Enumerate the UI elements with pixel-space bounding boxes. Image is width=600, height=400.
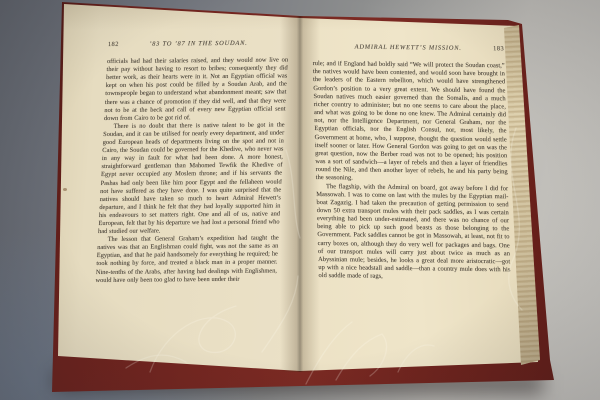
right-page-header: ADMIRAL HEWETT’S MISSION. 183	[312, 43, 504, 54]
paragraph: officials had had their salaries raised,…	[104, 57, 288, 123]
left-page-number: 182	[108, 41, 134, 49]
book-photo: 182 ’83 TO ’87 IN THE SOUDAN. officials …	[0, 0, 600, 400]
right-page-text: ADMIRAL HEWETT’S MISSION. 183 rule; and …	[312, 43, 511, 283]
left-page-body: officials had had their salaries raised,…	[95, 57, 288, 285]
left-page-header: 182 ’83 TO ’87 IN THE SOUDAN.	[108, 39, 290, 49]
right-page-body: rule; and if England had boldly said “We…	[312, 60, 510, 283]
left-page-text: 182 ’83 TO ’87 IN THE SOUDAN. officials …	[95, 39, 289, 284]
paragraph: There is no doubt that there is native t…	[98, 121, 285, 236]
paragraph: rule; and if England had boldly said “We…	[312, 60, 507, 185]
foxing-spot	[63, 188, 67, 191]
right-running-title: ADMIRAL HEWETT’S MISSION.	[338, 43, 478, 53]
left-running-title: ’83 TO ’87 IN THE SOUDAN.	[134, 40, 263, 49]
right-page-number: 183	[478, 45, 504, 53]
paragraph: The lesson that General Graham’s expedit…	[95, 235, 279, 285]
paragraph: The flagship, with the Admiral on board,…	[316, 182, 511, 282]
